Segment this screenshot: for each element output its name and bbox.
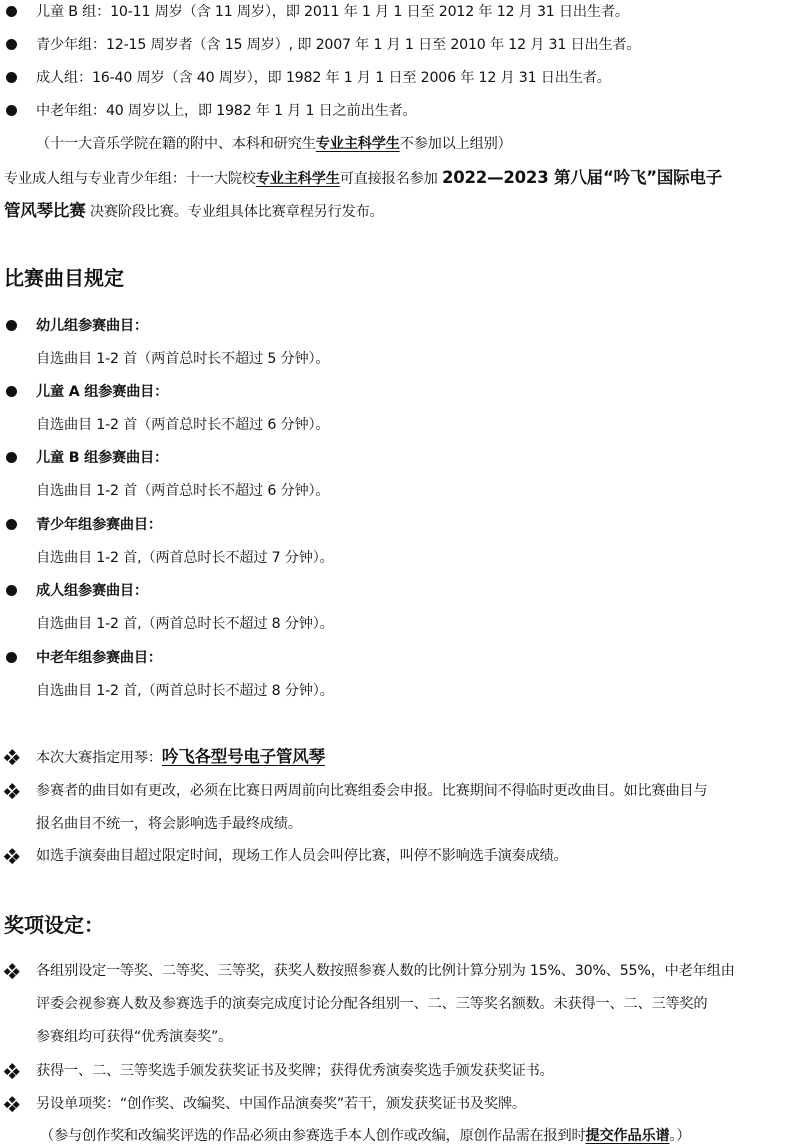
- group-label: 幼儿组参赛曲目：: [36, 316, 148, 336]
- bullet-icon: [6, 519, 17, 530]
- bullet-icon: [6, 72, 17, 83]
- age-group-text: 青少年组：12-15 周岁者（含 15 周岁）, 即 2007 年 1 月 1 …: [36, 35, 640, 55]
- age-group-text: 成人组：16-40 周岁（含 40 周岁），即 1982 年 1 月 1 日至 …: [36, 68, 611, 88]
- group-label: 成人组参赛曲目：: [36, 581, 148, 601]
- diamond-bullet-icon: [5, 1097, 19, 1111]
- diamond-bullet-icon: [5, 1064, 19, 1078]
- bullet-icon: [6, 652, 17, 663]
- repertoire-rule: 自选曲目 1-2 首,（两首总时长不超过 7 分钟）。: [36, 548, 334, 568]
- repertoire-rule: 自选曲目 1-2 首（两首总时长不超过 5 分钟）。: [36, 349, 329, 369]
- bullet-icon: [6, 452, 17, 463]
- group-label: 青少年组参赛曲目：: [36, 515, 162, 535]
- age-group-text: 儿童 B 组：10-11 周岁（含 11 周岁），即 2011 年 1 月 1 …: [36, 2, 629, 22]
- group-label: 儿童 A 组参赛曲目：: [36, 382, 168, 402]
- diamond-bullet-icon: [5, 849, 19, 863]
- award-item-cont: 评委会视参赛人数及参赛选手的演奏完成度讨论分配各组别一、二、三等奖名额数。未获得…: [36, 994, 707, 1014]
- diamond-bullet-icon: [5, 784, 19, 798]
- diamond-bullet-icon: [5, 750, 19, 764]
- emphasis-text: 专业主科学生: [256, 171, 340, 187]
- repertoire-rule: 自选曲目 1-2 首,（两首总时长不超过 8 分钟）。: [36, 614, 334, 634]
- diamond-bullet-icon: [5, 964, 19, 978]
- group-label: 儿童 B 组参赛曲目：: [36, 448, 168, 468]
- emphasis-text: 提交作品乐谱: [586, 1128, 670, 1144]
- award-item-cont: 参赛组均可获得“优秀演奏奖”。: [36, 1027, 232, 1047]
- professional-groups-paragraph-cont: 管风琴比赛 决赛阶段比赛。专业组具体比赛章程另行发布。: [4, 201, 384, 221]
- bullet-icon: [6, 386, 17, 397]
- repertoire-rule: 自选曲目 1-2 首（两首总时长不超过 6 分钟）。: [36, 481, 329, 501]
- competition-name: 2022—2023 第八届“吟飞”国际电子: [442, 168, 722, 187]
- bullet-icon: [6, 6, 17, 17]
- exclusion-note: （十一大音乐学院在籍的附中、本科和研究生专业主科学生不参加以上组别）: [36, 134, 512, 154]
- emphasis-text: 专业主科学生: [316, 136, 400, 152]
- section-title-repertoire: 比赛曲目规定: [4, 265, 124, 291]
- bullet-icon: [6, 39, 17, 50]
- repertoire-rule: 自选曲目 1-2 首,（两首总时长不超过 8 分钟）。: [36, 681, 334, 701]
- notice-repertoire-change-cont: 报名曲目不统一，将会影响选手最终成绩。: [36, 814, 302, 834]
- competition-name: 管风琴比赛: [4, 201, 86, 220]
- group-label: 中老年组参赛曲目：: [36, 648, 162, 668]
- bullet-icon: [6, 105, 17, 116]
- professional-groups-paragraph: 专业成人组与专业青少年组：十一大院校专业主科学生可直接报名参加 2022—202…: [4, 168, 722, 188]
- award-note: （参与创作奖和改编奖评选的作品必须由参赛选手本人创作或改编，原创作品需在报到时提…: [40, 1126, 690, 1146]
- bullet-icon: [6, 320, 17, 331]
- age-group-text: 中老年组：40 周岁以上，即 1982 年 1 月 1 日之前出生者。: [36, 101, 417, 121]
- section-title-awards: 奖项设定：: [4, 912, 104, 938]
- instrument-name: 吟飞各型号电子管风琴: [162, 747, 325, 766]
- bullet-icon: [6, 585, 17, 596]
- repertoire-rule: 自选曲目 1-2 首（两首总时长不超过 6 分钟）。: [36, 415, 329, 435]
